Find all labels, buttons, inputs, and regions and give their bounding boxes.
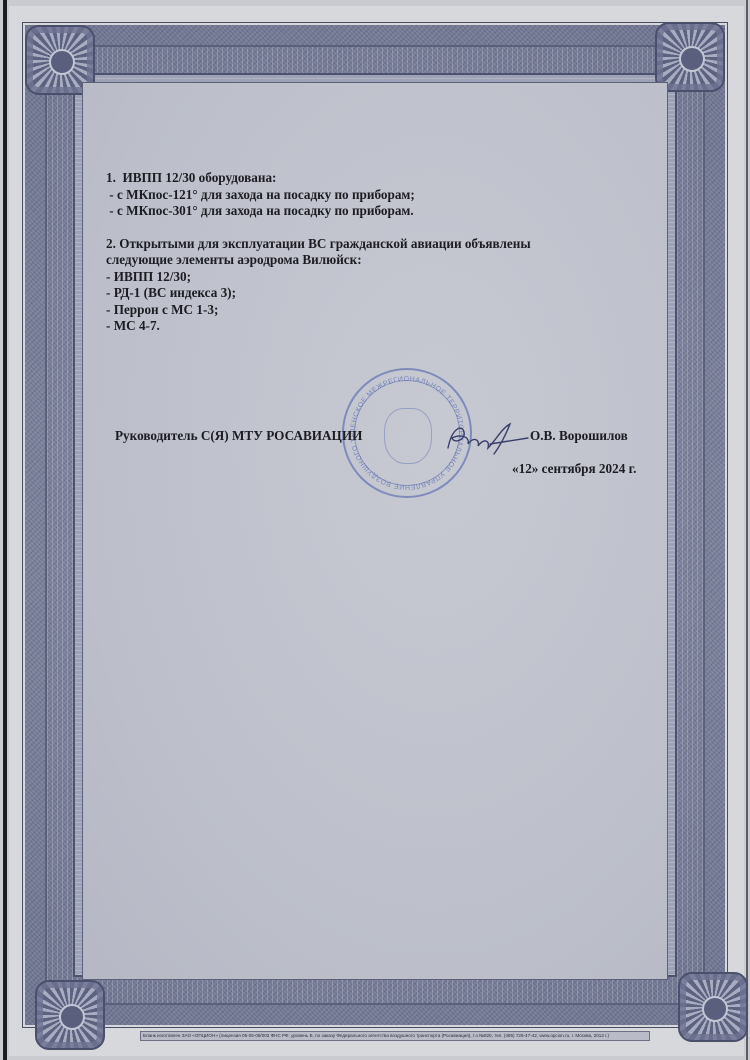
document-body: 1. ИВПП 12/30 оборудована: - с МКпос-121… — [106, 170, 646, 335]
section-1-heading: 1. ИВПП 12/30 оборудована: — [106, 170, 646, 187]
section-2-item: - РД-1 (ВС индекса 3); — [106, 285, 646, 302]
section-1-item: - с МКпос-301° для захода на посадку по … — [106, 203, 646, 220]
scan-edge-right — [746, 0, 748, 1060]
section-2-heading-cont: следующие элементы аэродрома Вилюйск: — [106, 252, 646, 269]
coat-of-arms-icon — [384, 408, 432, 464]
section-2-item: - Перрон с МС 1-3; — [106, 302, 646, 319]
section-2-item: - ИВПП 12/30; — [106, 269, 646, 286]
blank-imprint-footer: Бланк изготовлен ЗАО «ОПЦИОН» (лицензия … — [140, 1031, 650, 1041]
signature-date: «12» сентября 2024 г. — [512, 461, 636, 477]
section-2-item: - МС 4-7. — [106, 318, 646, 335]
section-2-heading: 2. Открытыми для эксплуатации ВС граждан… — [106, 236, 646, 253]
position-title: Руководитель С(Я) МТУ РОСАВИАЦИИ — [115, 428, 362, 444]
handwritten-signature-icon — [440, 418, 535, 458]
corner-rosette-icon — [678, 972, 748, 1042]
corner-rosette-icon — [35, 980, 105, 1050]
scan-edge-left — [3, 0, 7, 1060]
signer-name: О.В. Ворошилов — [530, 428, 628, 444]
section-1-item: - с МКпос-121° для захода на посадку по … — [106, 187, 646, 204]
paragraph-gap — [106, 220, 646, 236]
